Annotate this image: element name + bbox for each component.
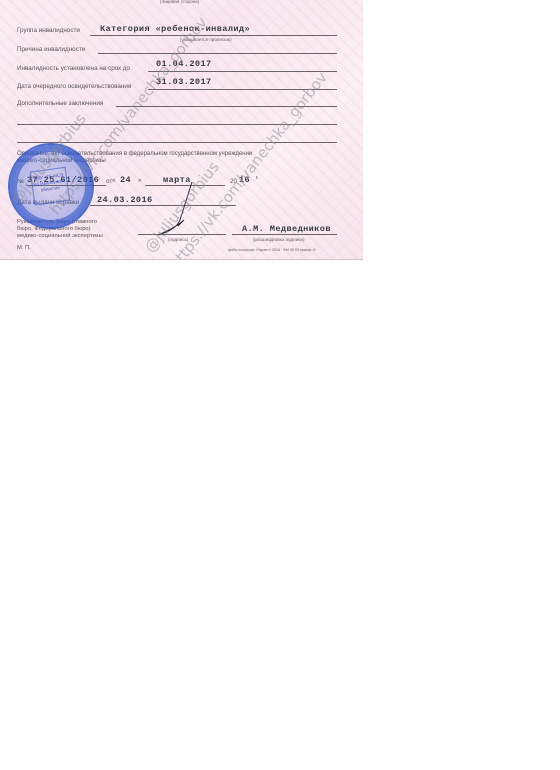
disability-certificate: (лицевая сторона) Группа инвалидности Ка… — [0, 0, 363, 260]
head-label-line3: медико-социальной экспертизы — [17, 233, 103, 239]
quote-close: » — [138, 177, 142, 184]
side-caption: (лицевая сторона) — [160, 0, 199, 4]
additional-label: Дополнительные заключения — [17, 100, 103, 107]
name-value: А.М. Медведников — [242, 224, 331, 234]
issue-date-value: 24.03.2016 — [97, 195, 153, 205]
cause-line — [98, 53, 337, 54]
term-line — [148, 71, 337, 72]
act-year-suffix: г. — [256, 175, 259, 181]
disability-group-line — [90, 35, 337, 36]
name-caption: (расшифровка подписи) — [253, 237, 305, 242]
printer-note: фаби-полиграф «Гарант» 2016 · ФМ 3б·03 п… — [228, 248, 317, 252]
disability-group-value: Категория «ребенок-инвалид» — [100, 24, 250, 34]
stamp-place: М. П. — [17, 245, 31, 251]
disability-group-label: Группа инвалидности — [17, 27, 80, 34]
name-line — [232, 234, 337, 235]
quote-open: « — [112, 177, 116, 184]
cause-label: Причина инвалидности — [17, 46, 85, 53]
next-exam-label: Дата очередного освидетельствования — [17, 83, 131, 90]
term-label: Инвалидность установлена на срок до — [17, 65, 130, 72]
act-day: 24 — [120, 175, 131, 185]
